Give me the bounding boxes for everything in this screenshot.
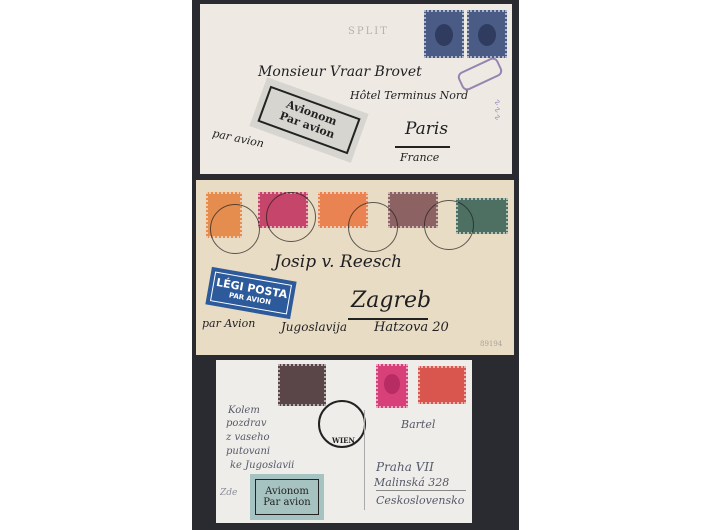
street: Hôtel Terminus Nord	[350, 89, 468, 102]
via-note: par avion	[211, 127, 265, 151]
message-line: ke Jugoslavii	[230, 460, 294, 471]
city: Paris	[405, 119, 448, 139]
portrait-icon	[478, 24, 496, 46]
stamp	[467, 10, 507, 58]
city: Praha VII	[376, 460, 434, 474]
message-line: z vaseho	[226, 432, 270, 443]
envelope-zagreb: Josip v. Reesch Zagreb Jugoslavija Hatzo…	[196, 180, 514, 355]
underline	[376, 490, 466, 491]
street: Malinská 328	[374, 476, 449, 489]
postcard-praha: WIEN Kolem pozdrav z vaseho putovani ke …	[216, 360, 472, 523]
underline	[395, 146, 450, 148]
addressee: Bartel	[401, 418, 435, 431]
message-line: putovani	[226, 446, 270, 457]
stamp	[376, 364, 408, 408]
message-line: Kolem	[228, 405, 260, 416]
pencil-note: 89194	[480, 340, 502, 348]
message-line: pozdrav	[226, 418, 266, 429]
label-line2: Par avion	[263, 497, 310, 509]
envelope-paris: SPLIT ∿∿∿ Monsieur Vraar Brovet Hôtel Te…	[200, 4, 512, 174]
portrait-icon	[384, 374, 400, 394]
addressee: Monsieur Vraar Brovet	[258, 64, 422, 80]
pencil-note: SPLIT	[348, 26, 389, 37]
postmark	[424, 200, 474, 250]
city: Zagreb	[351, 288, 431, 313]
postmark	[210, 204, 260, 254]
censor-cachet	[456, 56, 504, 93]
label-line1: Avionom	[265, 486, 309, 498]
addressee: Josip v. Reesch	[274, 252, 402, 272]
stamp	[278, 364, 326, 406]
country: France	[400, 151, 439, 164]
stamp	[418, 366, 466, 404]
airmail-label: LÉGI POSTA PAR AVION	[205, 267, 296, 319]
postmark	[348, 202, 398, 252]
airmail-label: Avionom Par avion	[250, 474, 324, 520]
violet-note: ∿∿∿	[491, 98, 501, 121]
portrait-icon	[435, 24, 453, 46]
stamp	[424, 10, 464, 58]
country: Ceskoslovensko	[376, 494, 464, 507]
country: Jugoslavija	[281, 320, 347, 334]
postmark	[266, 192, 316, 242]
divider	[364, 410, 365, 510]
message-line: Zde	[220, 488, 237, 498]
postmark-text: WIEN	[332, 436, 355, 445]
via-note: par Avion	[202, 317, 255, 330]
street: Hatzova 20	[374, 320, 449, 335]
